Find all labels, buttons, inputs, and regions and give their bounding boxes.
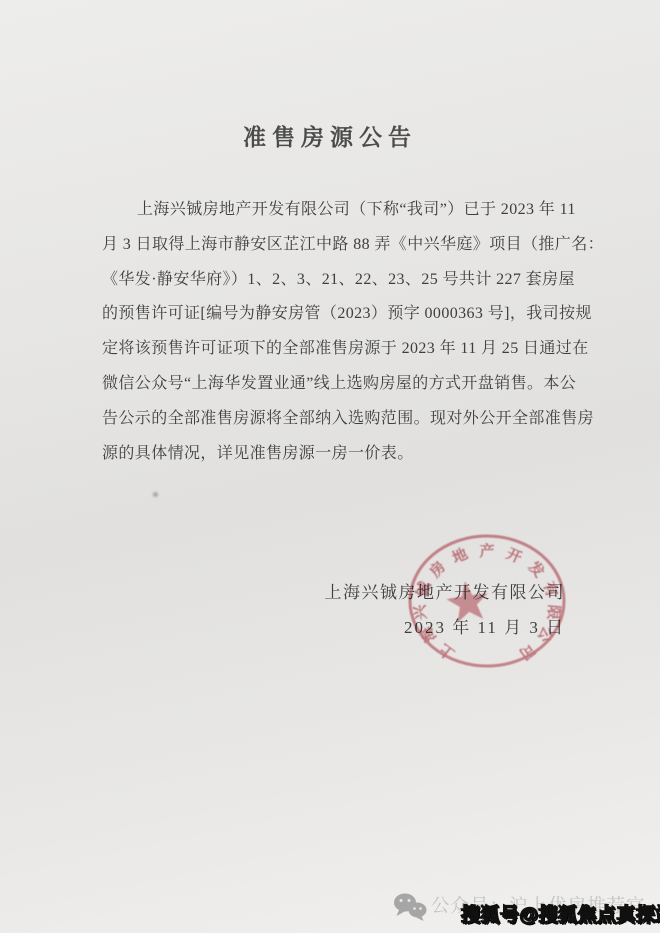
body-line: 上海兴铖房地产开发有限公司（下称“我司”）已于 2023 年 11 xyxy=(102,193,572,228)
body-line: 告公示的全部准售房源将全部纳入选购范围。现对外公开全部准售房 xyxy=(102,402,572,437)
seal-char: 产 xyxy=(479,542,494,560)
page-title: 准售房源公告 xyxy=(0,119,660,152)
company-seal: 上海兴铖房地产开发有限公司 xyxy=(402,526,572,676)
seal-char: 地 xyxy=(449,544,470,567)
seal-char: 海 xyxy=(417,623,441,646)
seal-char: 有 xyxy=(540,579,562,599)
seal-star xyxy=(444,578,491,623)
body-line: 月 3 日取得上海市静安区芷江中路 88 弄《中兴华庭》项目（推广名： xyxy=(102,228,572,263)
wechat-icon xyxy=(392,892,428,922)
seal-circular-text: 上海兴铖房地产开发有限公司 xyxy=(412,542,564,663)
seal-char: 开 xyxy=(504,545,525,567)
body-line: 微信公众号“上海华发置业通”线上选购房屋的方式开盘销售。本公 xyxy=(102,367,572,402)
seal-char: 兴 xyxy=(412,603,430,621)
announcement-page: 准售房源公告 上海兴铖房地产开发有限公司（下称“我司”）已于 2023 年 11… xyxy=(0,0,660,933)
body-line: 源的具体情况，详见准售房源一房一价表。 xyxy=(102,437,572,472)
paper-speck xyxy=(153,492,158,497)
seal-char: 限 xyxy=(544,604,563,621)
seal-char: 房 xyxy=(425,558,449,582)
body-line: 的预售许可证[编号为静安房管（2023）预字 0000363 号]，我司按规 xyxy=(102,297,572,332)
seal-char: 公 xyxy=(533,623,556,645)
seal-char: 铖 xyxy=(413,579,435,599)
announcement-body: 上海兴铖房地产开发有限公司（下称“我司”）已于 2023 年 11 月 3 日取… xyxy=(102,193,572,471)
sohu-watermark: 搜狐号@搜狐焦点真探站 xyxy=(461,900,660,927)
body-line: 《华发·静安华府》）1、2、3、21、22、23、25 号共计 227 套房屋 xyxy=(102,263,572,298)
seal-char: 发 xyxy=(524,557,548,581)
body-line: 定将该预售许可证项下的全部准售房源于 2023 年 11 月 25 日通过在 xyxy=(102,332,572,367)
